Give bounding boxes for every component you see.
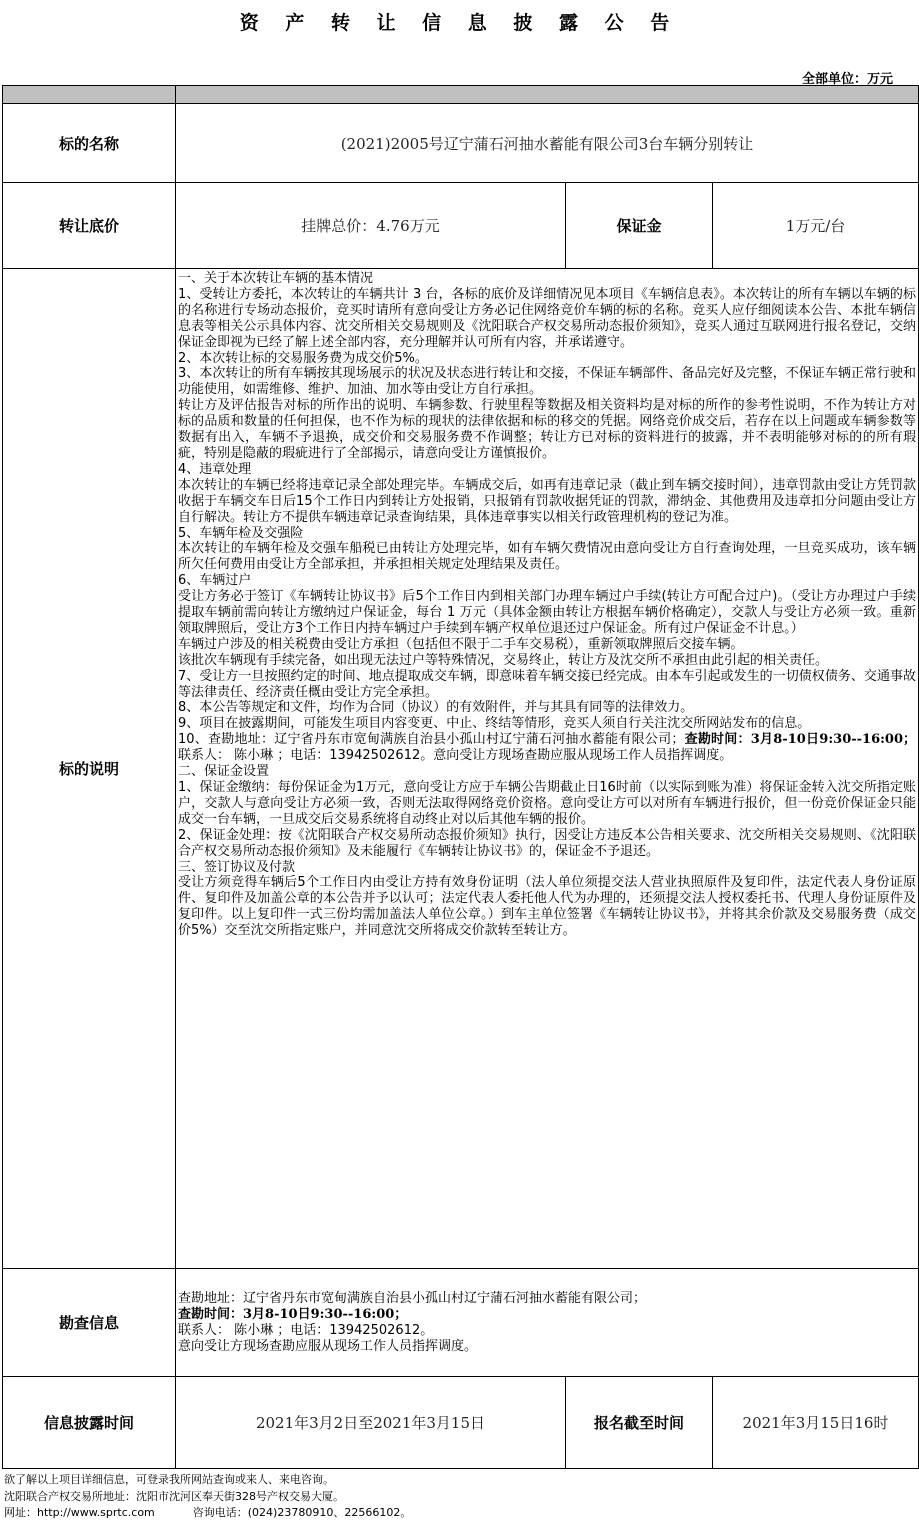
desc-line: 本次转让的车辆年检及交强车船税已由转让方处理完毕，如有车辆欠费情况由意向受让方自…	[178, 541, 916, 573]
description-body: 一、关于本次转让车辆的基本情况 1、受转让方委托，本次转让的车辆共计 3 台，各…	[176, 269, 919, 1269]
deadline-label: 报名截至时间	[566, 1377, 713, 1469]
price-label: 转让底价	[3, 183, 176, 269]
disclosure-table: 标的名称 (2021)2005号辽宁蒲石河抽水蓄能有限公司3台车辆分别转让 转让…	[2, 85, 919, 1469]
desc-line: 1、保证金缴纳：每份保证金为1万元，意向受让方应于车辆公告期截止日16时前（以实…	[178, 780, 916, 828]
desc-line: 2、保证金处理：按《沈阳联合产权交易所动态报价须知》执行，因受让方违反本公告相关…	[178, 828, 916, 860]
description-label: 标的说明	[3, 269, 176, 1269]
inspection-time: 查勘时间：3月8-10日9:30--16:00；	[178, 1307, 918, 1323]
item10-suffix: 联系人： 陈小琳 ；电话：13942502612。意向受让方现场查勘应服从现场工…	[178, 748, 732, 763]
row-inspection: 勘查信息 查勘地址：辽宁省丹东市宽甸满族自治县小孤山村辽宁蒲石河抽水蓄能有限公司…	[3, 1269, 919, 1377]
footer-line1: 欲了解以上项目详细信息，可登录我所网站查询或来人、来电咨询。	[4, 1472, 411, 1489]
inspection-note: 意向受让方现场查勘应服从现场工作人员指挥调度。	[178, 1339, 918, 1355]
desc-line: 车辆过户涉及的相关税费由受让方承担（包括但不限于二手车交易税），重新领取牌照后交…	[178, 637, 916, 653]
deadline-value: 2021年3月15日16时	[713, 1377, 919, 1469]
price-value: 挂牌总价：4.76万元	[176, 183, 566, 269]
row-description: 标的说明 一、关于本次转让车辆的基本情况 1、受转让方委托，本次转让的车辆共计 …	[3, 269, 919, 1269]
desc-line: 5、车辆年检及交强险	[178, 526, 916, 542]
desc-line: 4、违章处理	[178, 462, 916, 478]
desc-line: 受让方须竞得车辆后5个工作日内由受让方持有效身份证明（法人单位须提交法人营业执照…	[178, 875, 916, 939]
deposit-label: 保证金	[566, 183, 713, 269]
desc-line: 9、项目在披露期间，可能发生项目内容变更、中止、终结等情形，竞买人须自行关注沈交…	[178, 716, 916, 732]
desc-line: 6、车辆过户	[178, 573, 916, 589]
desc-line: 该批次车辆现有手续完备，如出现无法过户等特殊情况，交易终止，转让方及沈交所不承担…	[178, 653, 916, 669]
disclosure-value: 2021年3月2日至2021年3月15日	[176, 1377, 566, 1469]
phone-info: 咨询电话：(024)23780910、22566102。	[193, 1506, 412, 1519]
desc-line: 三、签订协议及付款	[178, 860, 916, 876]
deposit-value: 1万元/台	[713, 183, 919, 269]
desc-line: 2、本次转让标的交易服务费为成交价5%。	[178, 351, 916, 367]
footer-line3: 网址：http://www.sprtc.com咨询电话：(024)2378091…	[4, 1505, 411, 1522]
header-band-cell	[176, 86, 919, 104]
name-label: 标的名称	[3, 104, 176, 183]
desc-line: 受让方务必于签订《车辆转让协议书》后5个工作日内到相关部门办理车辆过户手续(转让…	[178, 589, 916, 637]
name-value: (2021)2005号辽宁蒲石河抽水蓄能有限公司3台车辆分别转让	[176, 104, 919, 183]
desc-line: 8、本公告等规定和文件，均作为合同（协议）的有效附件，并与其具有同等的法律效力。	[178, 700, 916, 716]
inspection-address: 查勘地址：辽宁省丹东市宽甸满族自治县小孤山村辽宁蒲石河抽水蓄能有限公司；	[178, 1291, 918, 1307]
desc-line: 二、保证金设置	[178, 764, 916, 780]
desc-line: 转让方及评估报告对标的所作出的说明、车辆参数、行驶里程等数据及相关资料均是对标的…	[178, 398, 916, 462]
inspection-contact: 联系人： 陈小琳 ；电话：13942502612。	[178, 1323, 918, 1339]
row-disclosure: 信息披露时间 2021年3月2日至2021年3月15日 报名截至时间 2021年…	[3, 1377, 919, 1469]
footer-line2: 沈阳联合产权交易所地址：沈阳市沈河区奉天街328号产权交易大厦。	[4, 1489, 411, 1506]
page-title: 资 产 转 让 信 息 披 露 公 告	[0, 8, 919, 35]
header-band-cell	[3, 86, 176, 104]
item10-time: 查勘时间：3月8-10日9:30--16:00；	[684, 732, 916, 747]
inspection-label: 勘查信息	[3, 1269, 176, 1377]
desc-line: 本次转让的车辆已经将违章记录全部处理完毕。车辆成交后，如再有违章记录（截止到车辆…	[178, 478, 916, 526]
footer: 欲了解以上项目详细信息，可登录我所网站查询或来人、来电咨询。 沈阳联合产权交易所…	[4, 1472, 411, 1522]
row-name: 标的名称 (2021)2005号辽宁蒲石河抽水蓄能有限公司3台车辆分别转让	[3, 104, 919, 183]
disclosure-label: 信息披露时间	[3, 1377, 176, 1469]
desc-line: 1、受转让方委托，本次转让的车辆共计 3 台，各标的底价及详细情况见本项目《车辆…	[178, 287, 916, 351]
row-price: 转让底价 挂牌总价：4.76万元 保证金 1万元/台	[3, 183, 919, 269]
item10-prefix: 10、查勘地址：辽宁省丹东市宽甸满族自治县小孤山村辽宁蒲石河抽水蓄能有限公司；	[178, 732, 684, 747]
desc-line: 3、本次转让的所有车辆按其现场展示的状况及状态进行转让和交接，不保证车辆部件、备…	[178, 366, 916, 398]
inspection-body: 查勘地址：辽宁省丹东市宽甸满族自治县小孤山村辽宁蒲石河抽水蓄能有限公司； 查勘时…	[176, 1269, 919, 1377]
desc-item-10: 10、查勘地址：辽宁省丹东市宽甸满族自治县小孤山村辽宁蒲石河抽水蓄能有限公司；查…	[178, 732, 916, 764]
desc-line: 7、受让方一旦按照约定的时间、地点提取成交车辆，即意味着车辆交接已经完成。由本车…	[178, 669, 916, 701]
desc-line: 一、关于本次转让车辆的基本情况	[178, 271, 916, 287]
website-link[interactable]: 网址：http://www.sprtc.com	[4, 1506, 155, 1519]
header-band	[3, 86, 919, 104]
